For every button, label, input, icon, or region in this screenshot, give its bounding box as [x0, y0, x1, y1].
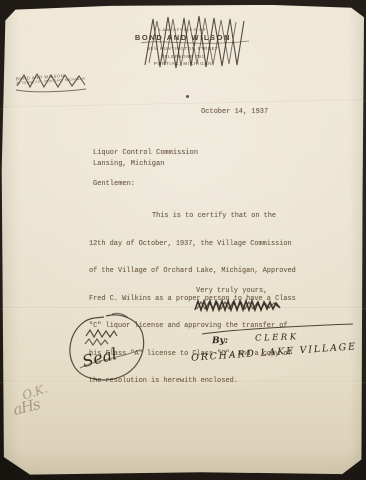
letter-photograph: LAW OFFICES OF BOND AND WILSON 95½ HUNTI…	[0, 0, 366, 480]
by-label: By:	[212, 336, 229, 347]
clerk-handwritten: CLERK	[255, 332, 299, 344]
body-line: 12th day of October, 1937, the Village C…	[89, 239, 296, 251]
letter-date: October 14, 1937	[201, 108, 268, 116]
ink-dot	[186, 95, 189, 98]
closing: Very truly yours,	[196, 287, 267, 295]
body-line: This is to certify that on the	[89, 211, 296, 223]
recipient-line2: Lansing, Michigan	[93, 160, 164, 168]
recipient-line1: Liquor Control Commission	[93, 149, 198, 157]
body-line: of the Village of Orchard Lake, Michigan…	[89, 266, 296, 278]
seal-area: Seal	[60, 310, 152, 384]
letterhead-strikethrough-scribble	[139, 13, 251, 73]
salutation: Gentlemen:	[93, 180, 135, 188]
signature-scribble	[192, 298, 288, 314]
corner-stamp-strikethrough-scribble	[14, 70, 88, 96]
